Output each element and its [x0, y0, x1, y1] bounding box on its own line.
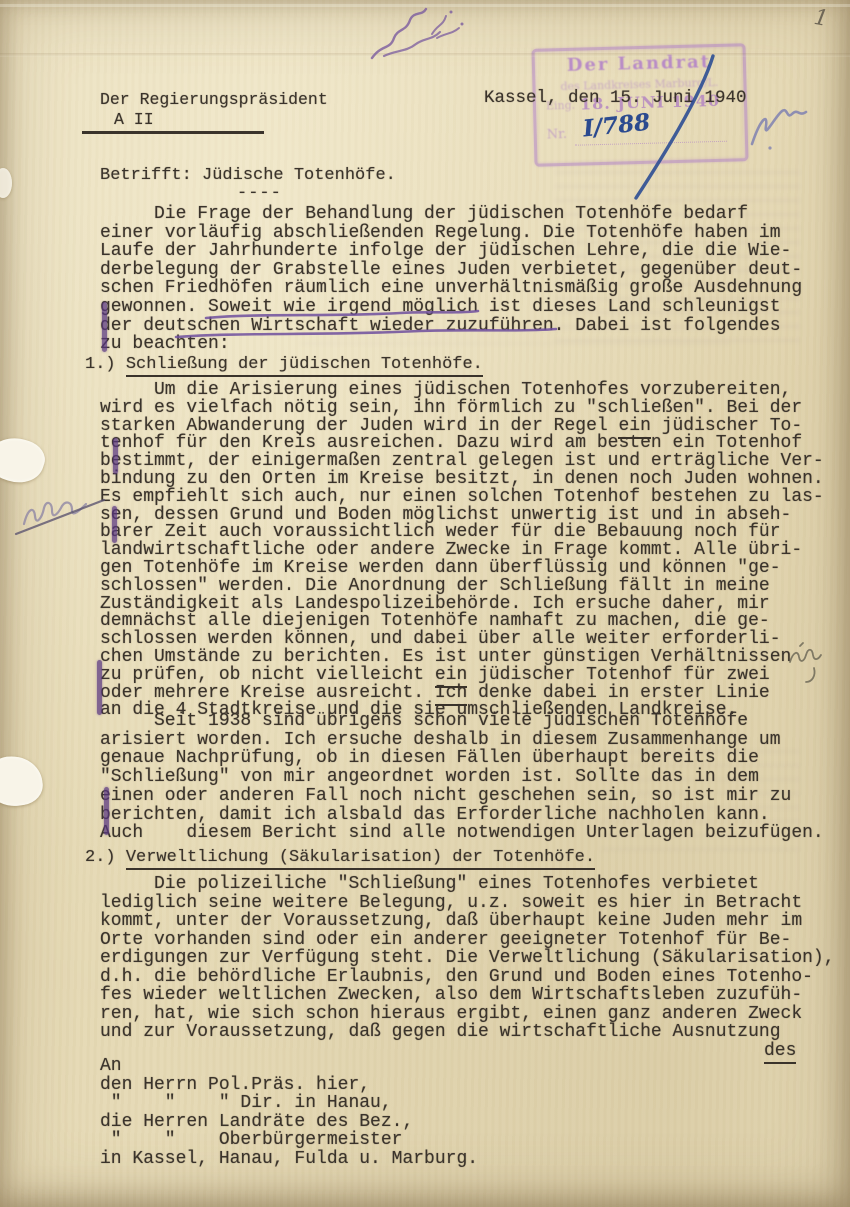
paragraph-section1-line-5: bestimmt, der einigermaßen zentral geleg…	[100, 452, 824, 470]
address-block-line-6: in Kassel, Hanau, Fulda u. Marburg.	[100, 1150, 478, 1168]
paper-damage-spot	[0, 752, 45, 809]
margin-mark-bar	[97, 660, 102, 715]
paper-crease-top	[0, 4, 850, 7]
paragraph-section1-line-12: schlossen" werden. Die Anordnung der Sch…	[100, 577, 770, 595]
paragraph-section1-line-6: bindung zu den Orten im Kreise besitzt, …	[100, 470, 824, 488]
heading-1-line-1: 1.) Schließung der jüdischen Totenhöfe.	[85, 356, 483, 373]
paragraph-seit-1938-line-2: arisiert worden. Ich ersuche deshalb in …	[100, 731, 781, 749]
stamp-number-label: Nr.	[547, 127, 568, 143]
paragraph-intro-line-3: Laufe der Jahrhunderte infolge der jüdis…	[100, 242, 791, 260]
paragraph-section1-line-18: oder mehrere Kreise ausreicht. Ich denke…	[100, 684, 770, 702]
paragraph-seit-1938-line-4: "Schließung" von mir angeordnet worden i…	[100, 768, 759, 786]
paragraph-intro-line-4: derbelegung der Grabstelle eines Juden v…	[100, 261, 802, 279]
paragraph-seit-1938-line-6: berichten, damit ich alsbald das Erforde…	[100, 806, 770, 824]
paragraph-intro-line-8: zu beachten:	[100, 335, 230, 353]
paragraph-section2-line-3: kommt, unter der Voraussetzung, daß über…	[100, 912, 802, 930]
stamp-authority: Der Landrat	[535, 50, 743, 76]
paragraph-seit-1938-line-5: einen oder anderen Fall noch nicht gesch…	[100, 787, 791, 805]
paper-damage-spot	[0, 430, 49, 489]
margin-mark-bar	[112, 506, 117, 543]
dateline: Kassel, den 15. Juni 1940	[484, 90, 747, 108]
paragraph-intro-line-5: schen Friedhöfen räumlich eine unverhält…	[100, 279, 802, 297]
subject-dashes: ----	[237, 185, 282, 202]
top-scribble-dot	[450, 11, 453, 14]
address-block-line-5: " " Oberbürgermeister	[100, 1131, 402, 1149]
paragraph-section1-line-2: wird es vielfach nötig sein, ihn förmlic…	[100, 399, 802, 417]
top-scribble-dot	[461, 23, 464, 26]
paragraph-section1-line-3: starken Abwanderung der Juden wird in de…	[100, 417, 802, 435]
top-scribble-stroke	[432, 16, 459, 38]
paragraph-section1-line-7: Es empfiehlt sich auch, nur einen solche…	[100, 488, 824, 506]
top-scribble-stroke	[384, 32, 440, 56]
paragraph-section2-line-2: lediglich seine weitere Belegung, u.z. s…	[100, 894, 802, 912]
paragraph-section1-line-4: tenhof für den Kreis ausreichen. Dazu wi…	[100, 434, 802, 452]
sender-underline	[82, 131, 264, 134]
pencil-note-squiggle	[800, 643, 815, 682]
paragraph-section1-line-16: chen Umstände zu berichten. Es ist unter…	[100, 648, 791, 666]
paragraph-section2-line-4: Orte vorhanden sind oder ein anderer gee…	[100, 931, 791, 949]
paragraph-seit-1938-line-7: Auch diesem Bericht sind alle notwendige…	[100, 824, 824, 842]
initials-squiggle	[752, 110, 806, 144]
paragraph-section1-line-9: barer Zeit auch voraussichtlich weder fü…	[100, 523, 781, 541]
paragraph-seit-1938-line-3: genaue Nachprüfung, ob in diesen Fällen …	[100, 749, 759, 767]
paragraph-seit-1938-line-1: Seit 1938 sind übrigens schon viele jüdi…	[100, 712, 748, 730]
paragraph-intro-line-2: einer vorläufig abschließenden Regelung.…	[100, 224, 781, 242]
paragraph-section1-line-1: Um die Arisierung eines jüdischen Totenh…	[100, 381, 791, 399]
paragraph-section1-line-14: demnächst alle diejenigen Totenhöfe namh…	[100, 612, 770, 630]
paragraph-intro-line-6: gewonnen. Soweit wie irgend möglich ist …	[100, 298, 781, 316]
paragraph-section1-line-10: landwirtschaftliche oder andere Zwecke i…	[100, 541, 802, 559]
paragraph-section2-line-5: erdigungen zur Verfügung steht. Die Verw…	[100, 949, 835, 967]
paragraph-section2-line-6: d.h. die behördliche Erlaubnis, den Grun…	[100, 968, 813, 986]
margin-word-scribble	[24, 503, 86, 524]
sender-department: A II	[114, 112, 154, 129]
paragraph-section2-line-1: Die polizeiliche "Schließung" eines Tote…	[100, 875, 759, 893]
paragraph-section1-line-8: sen, dessen Grund und Boden möglichst un…	[100, 506, 791, 524]
heading-2-line-1: 2.) Verweltlichung (Säkularisation) der …	[85, 849, 595, 866]
paragraph-section2-line-8: ren, hat, wie sich schon hieraus ergibt,…	[100, 1005, 802, 1023]
margin-mark-bar	[113, 438, 118, 474]
initials-dot	[768, 146, 771, 149]
paragraph-section1-line-13: Zuständigkeit als Landespolizeibehörde. …	[100, 595, 770, 613]
document-page: Der Landrat des Landkreises Marburg/L. E…	[0, 0, 850, 1207]
paragraph-section2-line-7: fes wieder weltlichen Zwecken, also dem …	[100, 986, 802, 1004]
sender-title: Der Regierungspräsident	[100, 92, 328, 109]
top-scribble-stroke	[372, 9, 426, 58]
subject-line: Betrifft: Jüdische Totenhöfe.	[100, 167, 396, 184]
margin-mark-bar	[102, 302, 107, 352]
paragraph-section1-line-15: schlossen werden können, und dabei über …	[100, 630, 781, 648]
address-block-line-3: " " " Dir. in Hanau,	[100, 1094, 392, 1112]
margin-mark-bar	[104, 787, 109, 835]
paragraph-section1-line-17: zu prüfen, ob nicht vielleicht ein jüdis…	[100, 666, 770, 684]
paragraph-section1-line-11: gen Totenhöfe im Kreise werden dann über…	[100, 559, 781, 577]
pencil-note-squiggle	[790, 650, 821, 662]
address-block-line-4: die Herren Landräte des Bez.,	[100, 1113, 413, 1131]
paragraph-section2-line-9: und zur Voraussetzung, daß gegen die wir…	[100, 1023, 781, 1041]
paragraph-intro-line-7: der deutschen Wirtschaft wieder zuzuführ…	[100, 317, 781, 335]
paper-damage-spot	[0, 168, 12, 198]
address-block-line-1: An	[100, 1057, 122, 1075]
address-block-line-2: den Herrn Pol.Präs. hier,	[100, 1076, 370, 1094]
catchword-line-1: des	[764, 1042, 796, 1060]
stamp-number-line	[575, 141, 727, 146]
page-number: 1	[812, 5, 830, 32]
paragraph-intro-line-1: Die Frage der Behandlung der jüdischen T…	[100, 205, 748, 223]
margin-word-strikethrough	[16, 500, 104, 534]
